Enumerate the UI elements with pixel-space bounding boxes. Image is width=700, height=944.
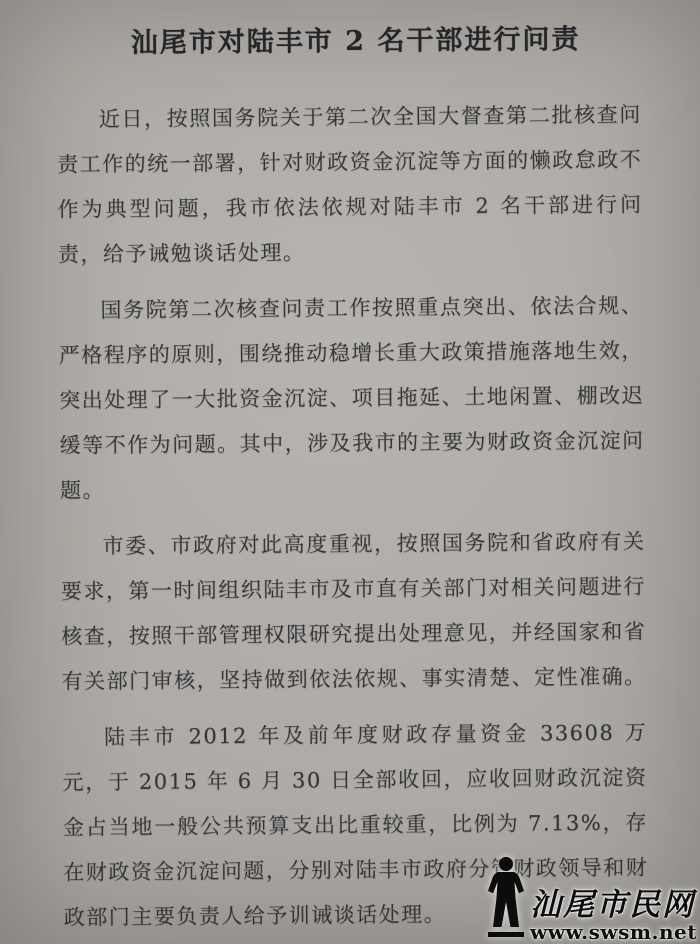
paragraph-2: 国务院第二次核查问责工作按照重点突出、依法合规、严格程序的原则，围绕推动稳增长重… — [58, 283, 645, 513]
person-silhouette-icon — [484, 856, 528, 942]
document-title: 汕尾市对陆丰市 2 名干部进行问责 — [56, 19, 641, 64]
site-url: www.swsm.net — [530, 922, 697, 942]
site-name: 汕尾市民网 — [530, 890, 695, 921]
paragraph-3: 市委、市政府对此高度重视，按照国务院和省政府有关要求，第一时间组织陆丰市及市直有… — [60, 519, 647, 704]
watermark-text: 汕尾市民网 www.swsm.net — [530, 890, 697, 942]
document-sheet: 汕尾市对陆丰市 2 名干部进行问责 近日，按照国务院关于第二次全国大督查第二批核… — [56, 19, 649, 944]
watermark: 汕尾市民网 www.swsm.net — [484, 856, 697, 942]
paragraph-1: 近日，按照国务院关于第二次全国大督查第二批核查问责工作的统一部署，针对财政资金沉… — [57, 92, 644, 277]
document-photo: 汕尾市对陆丰市 2 名干部进行问责 近日，按照国务院关于第二次全国大督查第二批核… — [0, 0, 700, 944]
